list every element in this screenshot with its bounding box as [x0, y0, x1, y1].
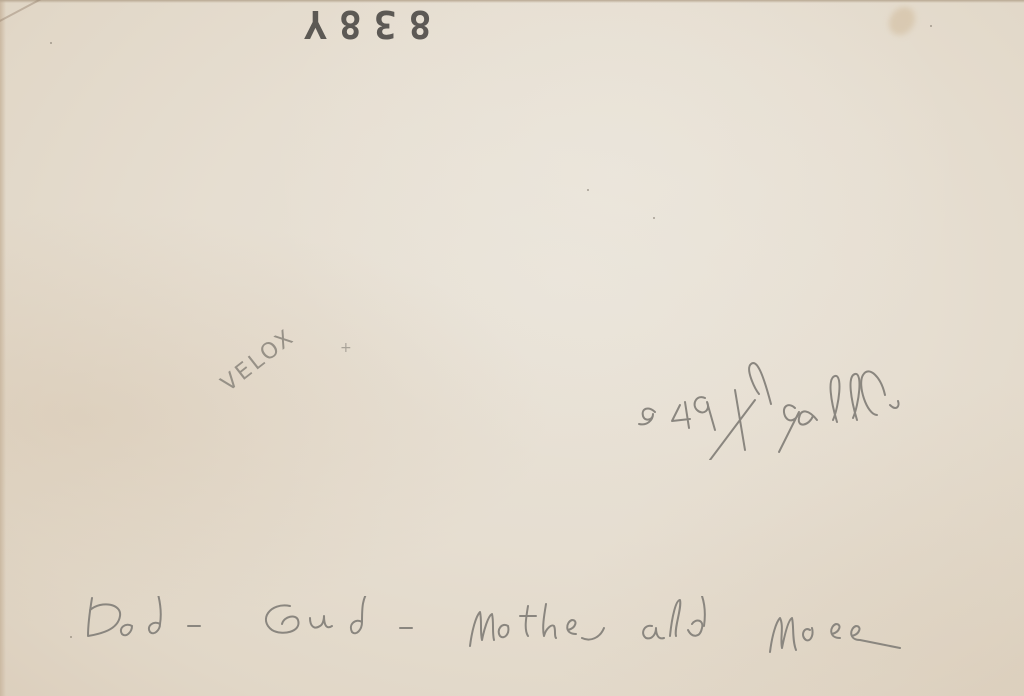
paper-speck [653, 217, 655, 219]
date-inscription: May 1943 [585, 350, 915, 460]
handwritten-caption: Dad - Bud - Mother - and Mae [70, 596, 1010, 686]
paper-speck [930, 25, 932, 27]
watermark-cross-mark: + [340, 340, 354, 354]
paper-brand-watermark: VELOX [217, 324, 300, 397]
paper-speck [587, 189, 589, 191]
photo-back-card: 838Y VELOX + May 1943 [0, 0, 1024, 696]
corner-crease [0, 0, 58, 24]
card-left-edge [0, 0, 6, 696]
processing-stamp-number: 838Y [292, 2, 432, 46]
caption-handwriting-icon [70, 596, 1010, 686]
corner-stain [884, 2, 921, 40]
paper-speck [50, 42, 52, 44]
card-top-edge [0, 0, 1024, 3]
date-handwriting-icon [585, 350, 915, 460]
